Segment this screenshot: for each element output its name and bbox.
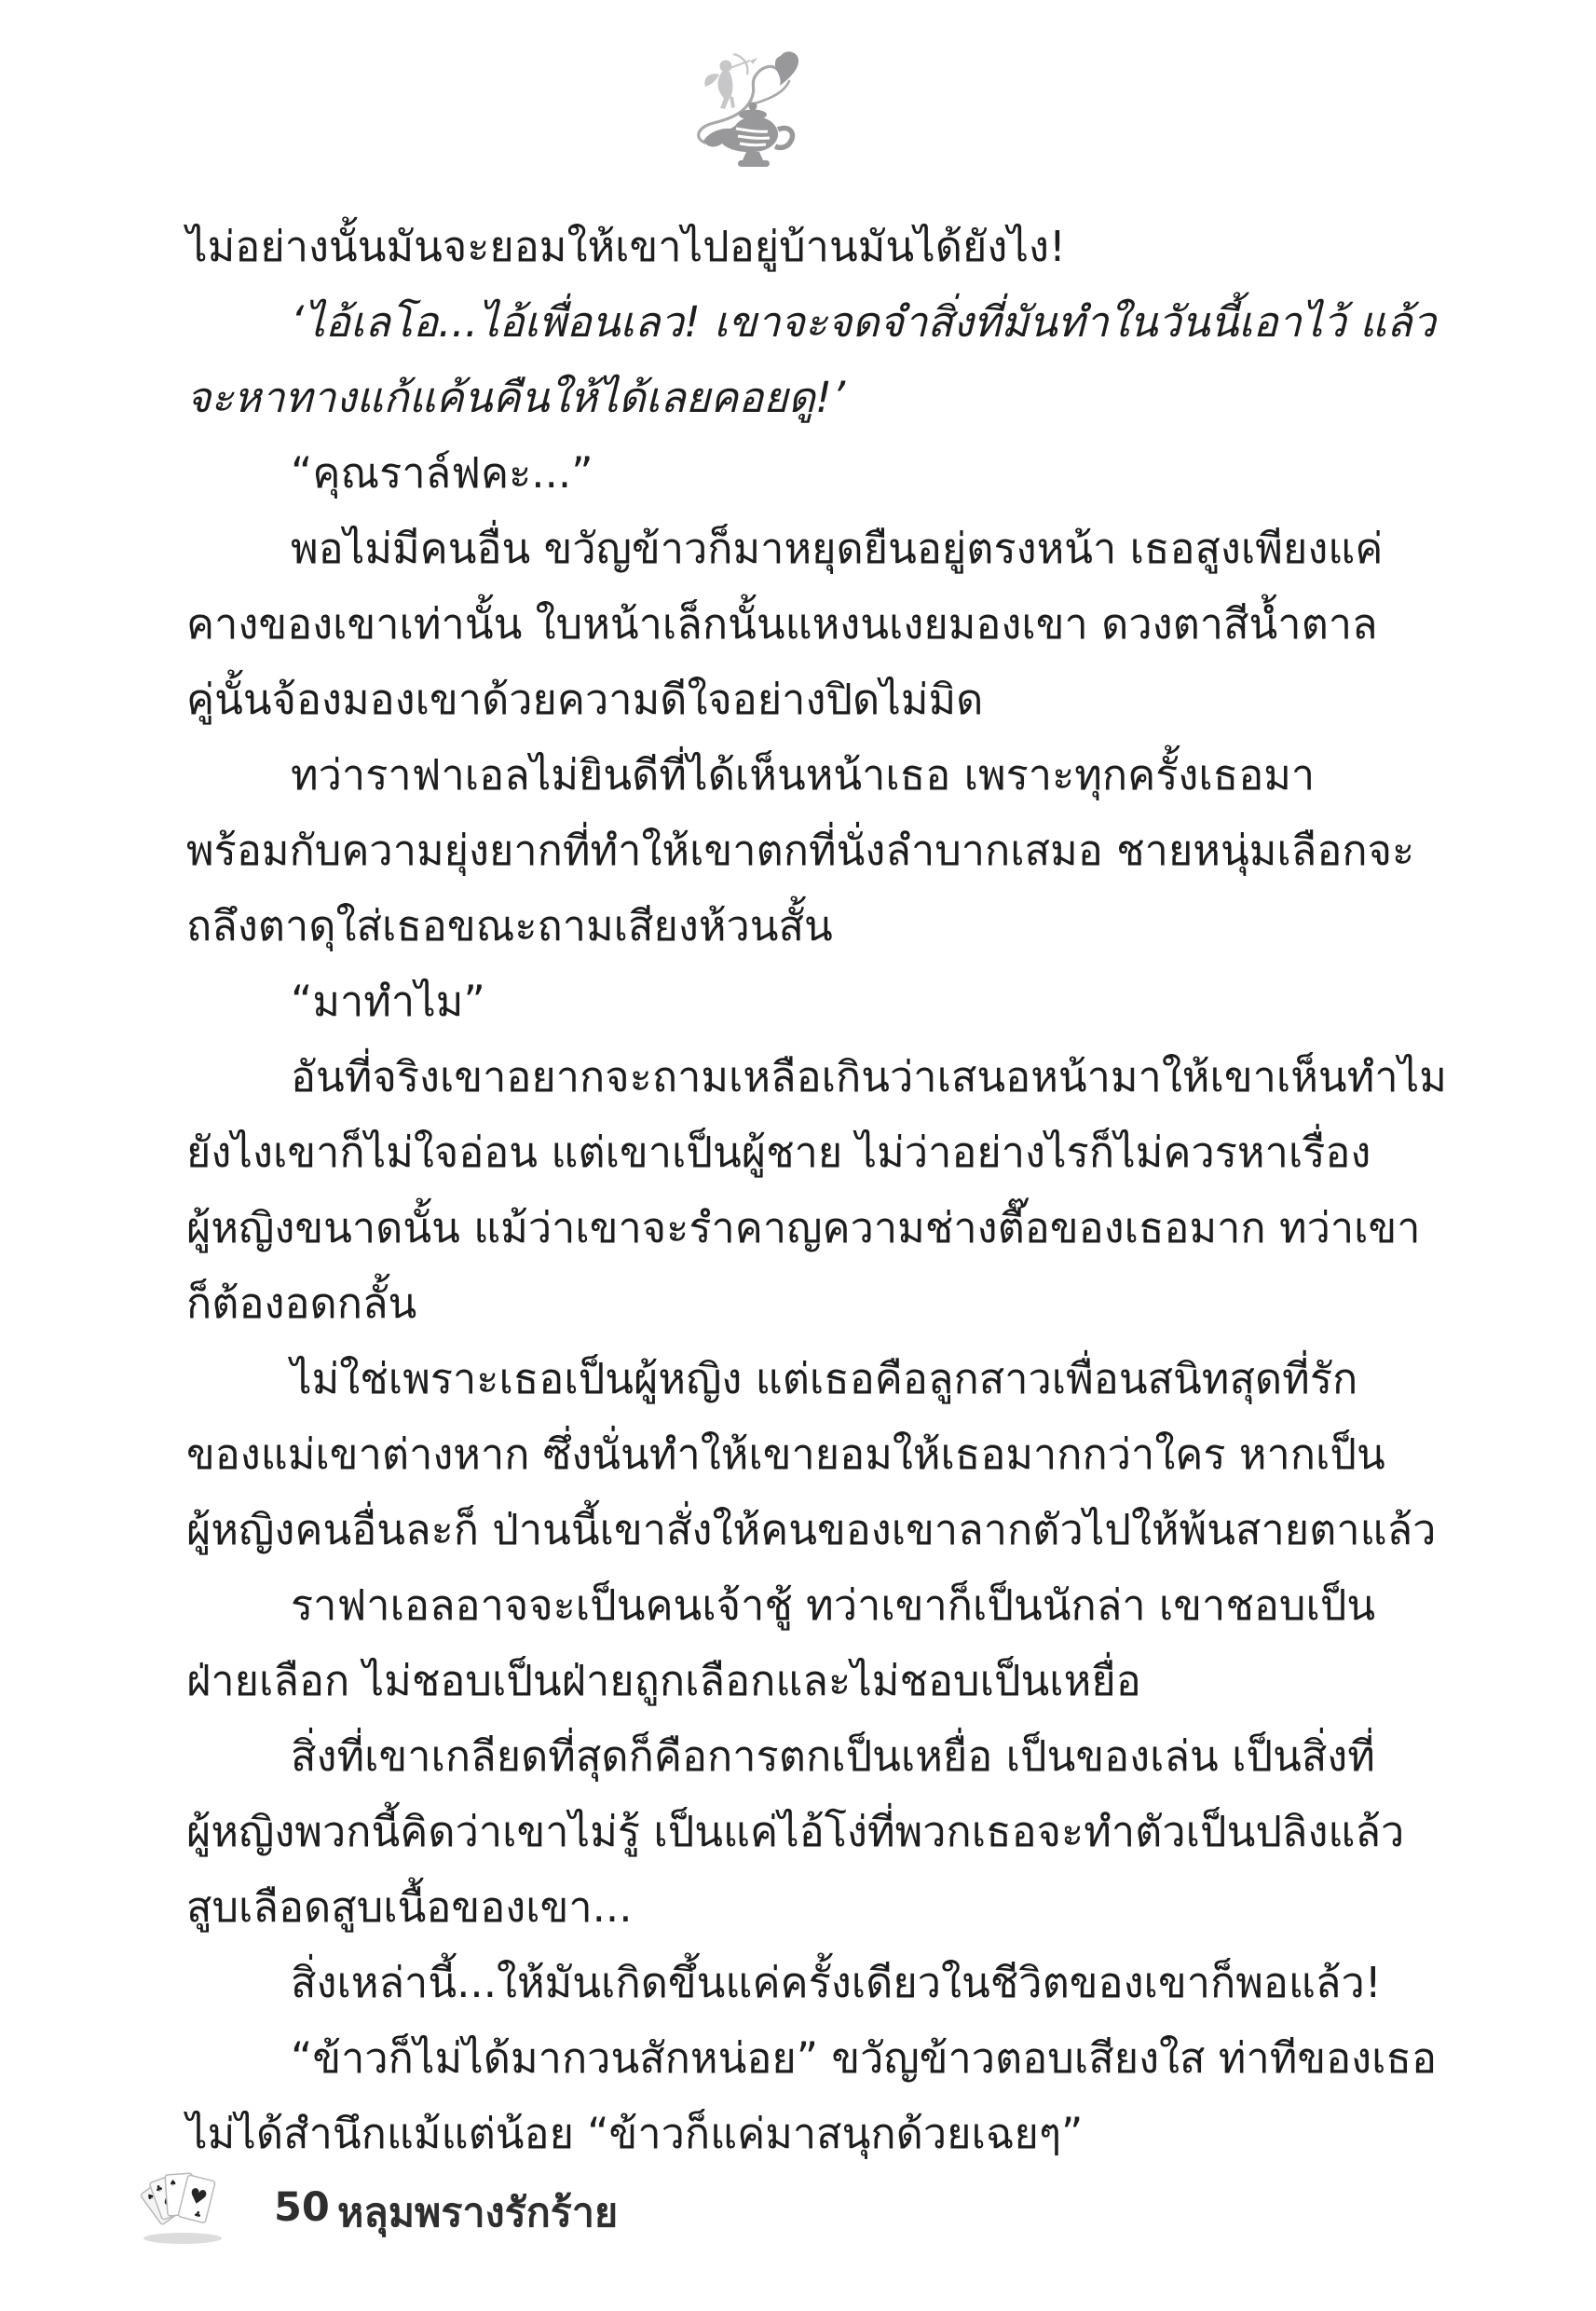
body-line: “มาทำไม” xyxy=(186,964,1491,1039)
body-line: ทว่าราฟาเอลไม่ยินดีที่ได้เห็นหน้าเธอ เพร… xyxy=(186,737,1491,813)
body-line: ราฟาเอลอาจจะเป็นคนเจ้าชู้ ทว่าเขาก็เป็นน… xyxy=(186,1567,1491,1643)
body-line: พอไม่มีคนอื่น ขวัญข้าวก็มาหยุดยืนอยู่ตรง… xyxy=(186,511,1491,586)
body-line: สิ่งเหล่านี้...ให้มันเกิดขึ้นแค่ครั้งเดี… xyxy=(186,1945,1491,2020)
body-line: อันที่จริงเขาอยากจะถามเหลือเกินว่าเสนอหน… xyxy=(186,1039,1491,1114)
body-line: ไม่ได้สำนึกแม้แต่น้อย “ข้าวก็แค่มาสนุกด้… xyxy=(186,2096,1491,2171)
body-line: ไม่ใช่เพราะเธอเป็นผู้หญิง แต่เธอคือลูกสา… xyxy=(186,1341,1491,1416)
book-page: ไม่อย่างนั้นมันจะยอมให้เขาไปอยู่บ้านมันไ… xyxy=(0,0,1596,2311)
body-line: สิ่งที่เขาเกลียดที่สุดก็คือการตกเป็นเหยื… xyxy=(186,1718,1491,1794)
book-title: หลุมพรางรักร้าย xyxy=(337,2181,618,2244)
body-line: ไม่อย่างนั้นมันจะยอมให้เขาไปอยู่บ้านมันไ… xyxy=(186,209,1491,284)
body-line: คู่นั้นจ้องมองเขาด้วยความดีใจอย่างปิดไม่… xyxy=(186,662,1491,737)
body-line: ยังไงเขาก็ไม่ใจอ่อน แต่เขาเป็นผู้ชาย ไม่… xyxy=(186,1114,1491,1190)
body-line: ของแม่เขาต่างหาก ซึ่งนั่นทำให้เขายอมให้เ… xyxy=(186,1416,1491,1492)
body-line: จะหาทางแก้แค้นคืนให้ได้เลยคอยดู!’ xyxy=(186,360,1491,435)
body-line: ผู้หญิงพวกนี้คิดว่าเขาไม่รู้ เป็นแค่ไอ้โ… xyxy=(186,1794,1491,1869)
body-line: “ข้าวก็ไม่ได้มากวนสักหน่อย” ขวัญข้าวตอบเ… xyxy=(186,2020,1491,2096)
page-footer: ♠ ♣ ♠ ♠ ♥ ♣ 50 หลุมพรางรักร้าย xyxy=(0,2164,1596,2257)
body-line: ฝ่ายเลือก ไม่ชอบเป็นฝ่ายถูกเลือกและไม่ชอ… xyxy=(186,1643,1491,1718)
body-line: ‘ไอ้เลโอ...ไอ้เพื่อนเลว! เขาจะจดจำสิ่งที… xyxy=(186,284,1491,360)
body-line: คางของเขาเท่านั้น ใบหน้าเล็กนั้นแหงนเงยม… xyxy=(186,586,1491,662)
body-line: พร้อมกับความยุ่งยากที่ทำให้เขาตกที่นั่งล… xyxy=(186,813,1491,888)
playing-cards-icon: ♠ ♣ ♠ ♠ ♥ ♣ xyxy=(136,2169,233,2246)
svg-text:♠: ♠ xyxy=(169,2179,177,2189)
page-number: 50 xyxy=(274,2184,330,2231)
page-text: ไม่อย่างนั้นมันจะยอมให้เขาไปอยู่บ้านมันไ… xyxy=(186,209,1491,2171)
body-line: ผู้หญิงขนาดนั้น แม้ว่าเขาจะรำคาญความช่าง… xyxy=(186,1190,1491,1265)
genie-lamp-cupid-heart-icon xyxy=(691,47,805,170)
body-line: ผู้หญิงคนอื่นละก็ ป่านนี้เขาสั่งให้คนของ… xyxy=(186,1492,1491,1567)
body-line: “คุณราล์ฟคะ...” xyxy=(186,435,1491,511)
body-line: ถลึงตาดุใส่เธอขณะถามเสียงห้วนสั้น xyxy=(186,888,1491,964)
body-line: สูบเลือดสูบเนื้อของเขา... xyxy=(186,1869,1491,1945)
body-line: ก็ต้องอดกลั้น xyxy=(186,1265,1491,1341)
